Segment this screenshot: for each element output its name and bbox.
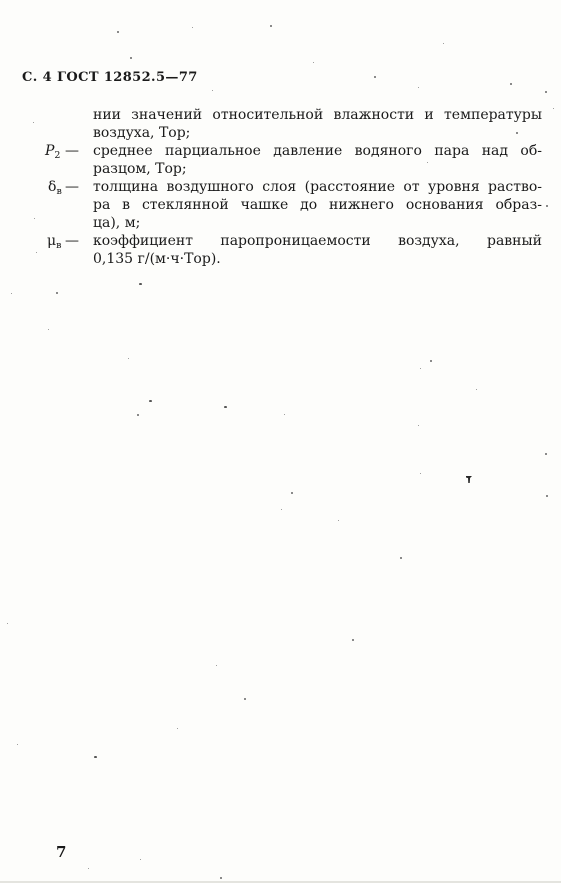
scan-speck — [270, 25, 272, 27]
scan-speck — [34, 218, 35, 219]
scan-speck — [374, 76, 376, 78]
scan-speck — [7, 623, 8, 624]
scan-speck — [546, 495, 548, 497]
scan-speck — [352, 639, 354, 641]
scan-speck — [313, 62, 314, 63]
line-text: толщина воздушного слоя (расстояние от у… — [93, 179, 542, 195]
scan-speck — [443, 43, 444, 44]
scan-speck — [88, 868, 89, 869]
symbol-p2: P2 — [45, 142, 60, 160]
scan-speck — [220, 877, 222, 879]
line-text: коэффициент паропроницаемости воздуха, р… — [93, 233, 542, 249]
scan-speck — [216, 665, 217, 666]
scan-speck — [17, 744, 18, 745]
scan-speck — [476, 389, 477, 390]
scan-speck — [192, 27, 193, 28]
line-text: 0,135 г/(м·ч·Тор). — [93, 251, 221, 267]
scan-speck — [510, 83, 512, 85]
scan-speck — [430, 360, 432, 362]
scan-speck — [48, 329, 49, 330]
scan-speck — [545, 91, 547, 93]
scan-tick-artifact — [466, 476, 472, 483]
scan-speck — [418, 87, 419, 88]
text-line: 0,135 г/(м·ч·Тор). — [45, 250, 542, 268]
scan-speck — [546, 205, 548, 207]
definition-line-p2: P2 — среднее парциальное давление водяно… — [45, 142, 542, 160]
scan-speck — [281, 509, 282, 510]
scan-speck — [224, 406, 227, 408]
scan-speck — [427, 162, 428, 163]
text-line: воздуха, Тор; — [45, 124, 542, 142]
scan-speck — [140, 859, 141, 860]
scan-speck — [212, 90, 213, 91]
text-line: разцом, Тор; — [45, 160, 542, 178]
definition-line-mu-v: μв — коэффициент паропроницаемости возду… — [45, 232, 542, 250]
scan-speck — [128, 358, 129, 359]
dash: — — [65, 232, 79, 250]
scan-speck — [284, 414, 285, 415]
page-header: С. 4 ГОСТ 12852.5—77 — [22, 70, 198, 85]
line-text: среднее парциальное давление водяного па… — [93, 143, 542, 159]
dash: — — [65, 178, 79, 196]
scan-speck — [177, 728, 178, 729]
scan-speck — [139, 283, 142, 285]
text-line: ца), м; — [45, 214, 542, 232]
symbol-delta-v: δв — [48, 178, 62, 196]
scan-speck — [94, 756, 97, 758]
scan-speck — [33, 122, 34, 123]
scan-speck — [36, 252, 37, 253]
scan-speck — [420, 473, 421, 474]
definition-line-delta-v: δв — толщина воздушного слоя (расстояние… — [45, 178, 542, 196]
line-text: разцом, Тор; — [93, 161, 187, 177]
scan-speck — [338, 520, 339, 521]
scan-speck — [244, 698, 246, 700]
scan-speck — [418, 425, 419, 426]
scan-speck — [137, 414, 139, 416]
dash: — — [65, 142, 79, 160]
scan-speck — [516, 132, 518, 134]
text-line: нии значений относительной влажности и т… — [45, 106, 542, 124]
scan-speck — [117, 31, 119, 33]
line-text: воздуха, Тор; — [93, 125, 190, 141]
scan-speck — [56, 292, 58, 294]
line-text: нии значений относительной влажности и т… — [93, 107, 542, 123]
line-text: ца), м; — [93, 215, 140, 231]
scan-speck — [553, 108, 554, 109]
scan-speck — [130, 57, 132, 59]
scan-speck — [149, 400, 152, 402]
definitions-block: нии значений относительной влажности и т… — [45, 106, 542, 268]
scan-speck — [545, 453, 547, 455]
scan-speck — [291, 492, 293, 494]
page-number: 7 — [56, 843, 66, 861]
text-line: ра в стеклянной чашке до нижнего основан… — [45, 196, 542, 214]
scan-speck — [420, 368, 421, 369]
scan-speck — [400, 557, 402, 559]
scan-speck — [11, 293, 12, 294]
document-page: С. 4 ГОСТ 12852.5—77 нии значений относи… — [0, 0, 561, 883]
symbol-mu-v: μв — [47, 232, 61, 250]
line-text: ра в стеклянной чашке до нижнего основан… — [93, 197, 542, 213]
